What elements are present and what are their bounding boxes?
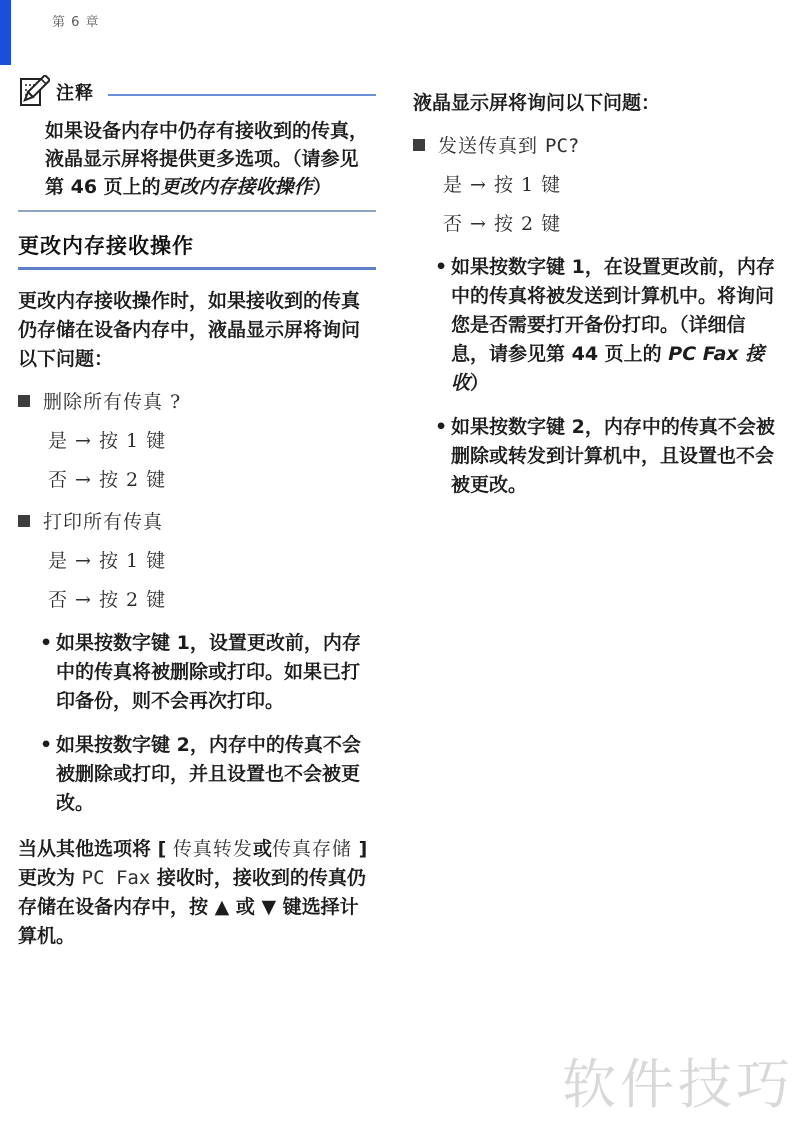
- bullet-text: 如果按数字键 1，设置更改前，内存中的传真将被删除或打印。如果已打印备份，则不会…: [56, 629, 376, 716]
- text-run: 传真转发: [173, 838, 253, 860]
- bullet-icon: •: [40, 731, 56, 760]
- bullet-text: 如果按数字键 2，内存中的传真不会被删除或转发到计算机中，且设置也不会被更改。: [451, 413, 777, 500]
- bullet-icon: •: [40, 629, 56, 658]
- manual-page: 第 6 章 注释: [0, 0, 800, 1131]
- lcd-prompt-text: 打印所有传真: [43, 508, 163, 536]
- option-line: 是 → 按 1 键: [48, 547, 376, 575]
- chapter-label: 第 6 章: [52, 11, 100, 30]
- square-bullet-icon: [18, 395, 30, 407]
- option-line: 是 → 按 1 键: [48, 427, 376, 455]
- bullet-item: •如果按数字键 2，内存中的传真不会被删除或转发到计算机中，且设置也不会被更改。: [413, 413, 777, 500]
- bullet-icon: •: [435, 413, 451, 442]
- text-run: 如果按数字键: [56, 632, 177, 654]
- note-title: 注释: [56, 79, 94, 105]
- text-run: 否 → 按 2 键: [48, 469, 166, 491]
- text-run: 2: [177, 734, 190, 756]
- square-bullet-icon: [18, 515, 30, 527]
- option-line: 否 → 按 2 键: [48, 466, 376, 494]
- note-pencil-icon: [18, 75, 50, 109]
- chapter-accent-bar: [0, 0, 11, 65]
- text-run: PC?: [545, 135, 579, 157]
- bullet-item: •如果按数字键 2，内存中的传真不会被删除或打印，并且设置也不会被更改。: [18, 731, 376, 818]
- text-run: ）: [313, 176, 332, 198]
- bullet-icon: •: [435, 253, 451, 282]
- left-column-blocks: 更改内存接收操作更改内存接收操作时，如果接收到的传真仍存储在设备内存中，液晶显示…: [18, 230, 376, 951]
- text-run: 液晶显示屏将询问以下问题：: [413, 92, 660, 114]
- note-body-text: 如果设备内存中仍存有接收到的传真，液晶显示屏将提供更多选项。（请参见第 46 页…: [45, 117, 376, 201]
- text-run: 发送传真到: [438, 135, 545, 157]
- paragraph: 当从其他选项将 [ 传真转发或传真存储 ] 更改为 PC Fax 接收时，接收到…: [18, 835, 376, 951]
- section-heading: 更改内存接收操作: [18, 230, 376, 270]
- text-run: 更改内存接收操作: [18, 234, 194, 258]
- lcd-prompt-item: 发送传真到 PC?: [413, 132, 777, 160]
- text-run: 是 → 按 1 键: [443, 174, 561, 196]
- text-run: 否 → 按 2 键: [48, 589, 166, 611]
- text-run: 如果按数字键: [56, 734, 177, 756]
- right-column-blocks: 液晶显示屏将询问以下问题：发送传真到 PC?是 → 按 1 键否 → 按 2 键…: [413, 89, 777, 500]
- text-run: ）: [470, 372, 489, 394]
- text-run: 打印所有传真: [43, 511, 163, 533]
- note-header: 注释: [18, 75, 376, 109]
- text-run: PC Fax: [82, 867, 151, 889]
- bullet-item: •如果按数字键 1，设置更改前，内存中的传真将被删除或打印。如果已打印备份，则不…: [18, 629, 376, 716]
- lcd-prompt-item: 打印所有传真: [18, 508, 376, 536]
- bullet-item: •如果按数字键 1，在设置更改前，内存中的传真将被发送到计算机中。将询问您是否需…: [413, 253, 777, 398]
- left-column: 注释 如果设备内存中仍存有接收到的传真，液晶显示屏将提供更多选项。（请参见第 4…: [18, 75, 376, 951]
- paragraph: 液晶显示屏将询问以下问题：: [413, 89, 777, 118]
- text-run: 更改内存接收操作时，如果接收到的传真仍存储在设备内存中，液晶显示屏将询问以下问题…: [18, 290, 360, 370]
- option-line: 是 → 按 1 键: [443, 171, 777, 199]
- text-run: 或: [253, 838, 272, 860]
- note-block: 注释 如果设备内存中仍存有接收到的传真，液晶显示屏将提供更多选项。（请参见第 4…: [18, 75, 376, 212]
- text-run: 2: [572, 416, 585, 438]
- text-run: 如果按数字键: [451, 416, 572, 438]
- text-run: 更改内存接收操作: [161, 176, 313, 198]
- text-run: 删除所有传真 ?: [43, 391, 181, 413]
- text-run: 当从其他选项将 [: [18, 838, 173, 860]
- text-run: 是 → 按 1 键: [48, 430, 166, 452]
- text-run: 1: [572, 256, 585, 278]
- text-run: 传真存储: [272, 838, 352, 860]
- option-line: 否 → 按 2 键: [48, 586, 376, 614]
- paragraph: 更改内存接收操作时，如果接收到的传真仍存储在设备内存中，液晶显示屏将询问以下问题…: [18, 287, 376, 374]
- note-header-rule: [108, 94, 376, 96]
- square-bullet-icon: [413, 139, 425, 151]
- lcd-prompt-item: 删除所有传真 ?: [18, 388, 376, 416]
- right-column: 液晶显示屏将询问以下问题：发送传真到 PC?是 → 按 1 键否 → 按 2 键…: [413, 72, 777, 500]
- bullet-text: 如果按数字键 2，内存中的传真不会被删除或打印，并且设置也不会被更改。: [56, 731, 376, 818]
- text-run: 是 → 按 1 键: [48, 550, 166, 572]
- option-line: 否 → 按 2 键: [443, 210, 777, 238]
- lcd-prompt-text: 删除所有传真 ?: [43, 388, 181, 416]
- text-run: 否 → 按 2 键: [443, 213, 561, 235]
- text-run: 1: [177, 632, 190, 654]
- text-run: 如果按数字键: [451, 256, 572, 278]
- watermark-text: 软件技巧: [562, 1042, 794, 1119]
- note-bottom-rule: [18, 210, 376, 212]
- lcd-prompt-text: 发送传真到 PC?: [438, 132, 579, 160]
- bullet-text: 如果按数字键 1，在设置更改前，内存中的传真将被发送到计算机中。将询问您是否需要…: [451, 253, 777, 398]
